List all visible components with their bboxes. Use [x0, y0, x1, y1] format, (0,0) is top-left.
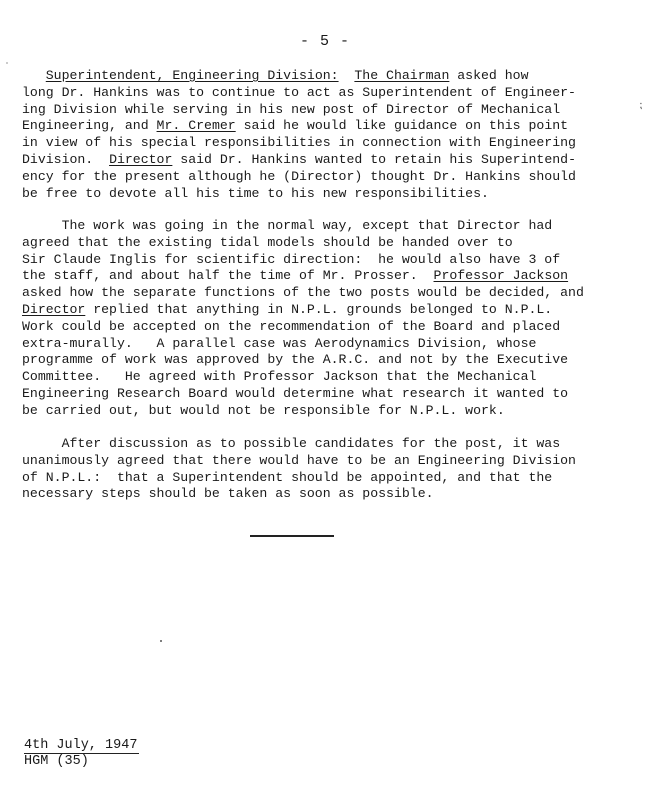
text-segment: said Dr. Hankins wanted to retain his Su… [172, 152, 576, 167]
text-segment [339, 68, 355, 83]
text-line: in view of his special responsibilities … [22, 135, 622, 152]
text-segment: replied that anything in N.P.L. grounds … [85, 302, 552, 317]
text-segment: long Dr. Hankins was to continue to act … [22, 85, 576, 100]
text-line: the staff, and about half the time of Mr… [22, 268, 622, 285]
text-segment: The work was going in the normal way, ex… [22, 218, 552, 233]
footer-date: 4th July, 1947 [24, 738, 139, 754]
underlined-name: Mr. Cremer [157, 118, 236, 133]
section-divider-rule [250, 535, 334, 537]
underlined-name: The Chairman [354, 68, 449, 83]
text-segment: be free to devote all his time to his ne… [22, 186, 489, 201]
text-line: ency for the present although he (Direct… [22, 169, 622, 186]
text-segment: ing Division while serving in his new po… [22, 102, 560, 117]
text-segment: programme of work was approved by the A.… [22, 352, 568, 367]
text-line: Engineering, and Mr. Cremer said he woul… [22, 118, 622, 135]
text-line: long Dr. Hankins was to continue to act … [22, 85, 622, 102]
text-segment: of N.P.L.: that a Superintendent should … [22, 470, 552, 485]
text-line: Division. Director said Dr. Hankins want… [22, 152, 622, 169]
text-segment: Committee. He agreed with Professor Jack… [22, 369, 536, 384]
underlined-name: Superintendent, Engineering Division: [46, 68, 339, 83]
scan-speck [160, 640, 162, 642]
text-line: programme of work was approved by the A.… [22, 352, 622, 369]
text-line: extra-murally. A parallel case was Aerod… [22, 336, 622, 353]
text-segment: the staff, and about half the time of Mr… [22, 268, 434, 283]
text-segment: necessary steps should be taken as soon … [22, 486, 434, 501]
text-segment: in view of his special responsibilities … [22, 135, 576, 150]
text-line: Superintendent, Engineering Division: Th… [22, 68, 622, 85]
text-segment: agreed that the existing tidal models sh… [22, 235, 513, 250]
text-line: necessary steps should be taken as soon … [22, 486, 622, 503]
text-segment: Division. [22, 152, 109, 167]
text-line: be free to devote all his time to his ne… [22, 186, 622, 203]
text-segment: Engineering Research Board would determi… [22, 386, 568, 401]
paragraph-decision: After discussion as to possible candidat… [22, 436, 622, 503]
text-line: of N.P.L.: that a Superintendent should … [22, 470, 622, 487]
text-line: unanimously agreed that there would have… [22, 453, 622, 470]
text-segment: asked how the separate functions of the … [22, 285, 584, 300]
text-segment: unanimously agreed that there would have… [22, 453, 576, 468]
text-line: Engineering Research Board would determi… [22, 386, 622, 403]
underlined-name: Professor Jackson [434, 268, 569, 283]
paragraph-superintendent-engineering-division: Superintendent, Engineering Division: Th… [22, 68, 622, 202]
text-segment [22, 68, 46, 83]
text-segment: asked how [449, 68, 528, 83]
text-line: be carried out, but would not be respons… [22, 403, 622, 420]
text-segment: Sir Claude Inglis for scientific directi… [22, 252, 560, 267]
margin-annotation-mark: ⁏ [639, 100, 642, 112]
text-line: The work was going in the normal way, ex… [22, 218, 622, 235]
text-line: Sir Claude Inglis for scientific directi… [22, 252, 622, 269]
page-number: - 5 - [0, 33, 650, 50]
text-segment: Work could be accepted on the recommenda… [22, 319, 560, 334]
text-segment: After discussion as to possible candidat… [22, 436, 560, 451]
text-line: agreed that the existing tidal models sh… [22, 235, 622, 252]
underlined-name: Director [22, 302, 85, 317]
text-line: ing Division while serving in his new po… [22, 102, 622, 119]
scan-speck [6, 62, 8, 64]
text-line: asked how the separate functions of the … [22, 285, 622, 302]
text-line: Committee. He agreed with Professor Jack… [22, 369, 622, 386]
text-segment: ency for the present although he (Direct… [22, 169, 576, 184]
document-footer: 4th July, 1947 HGM (35) [24, 738, 139, 769]
text-line: Work could be accepted on the recommenda… [22, 319, 622, 336]
footer-reference: HGM (35) [24, 754, 89, 769]
text-segment: be carried out, but would not be respons… [22, 403, 505, 418]
text-segment: extra-murally. A parallel case was Aerod… [22, 336, 536, 351]
text-segment: said he would like guidance on this poin… [236, 118, 568, 133]
underlined-name: Director [109, 152, 172, 167]
text-line: After discussion as to possible candidat… [22, 436, 622, 453]
text-line: Director replied that anything in N.P.L.… [22, 302, 622, 319]
text-segment: Engineering, and [22, 118, 157, 133]
paragraph-tidal-models: The work was going in the normal way, ex… [22, 218, 622, 420]
